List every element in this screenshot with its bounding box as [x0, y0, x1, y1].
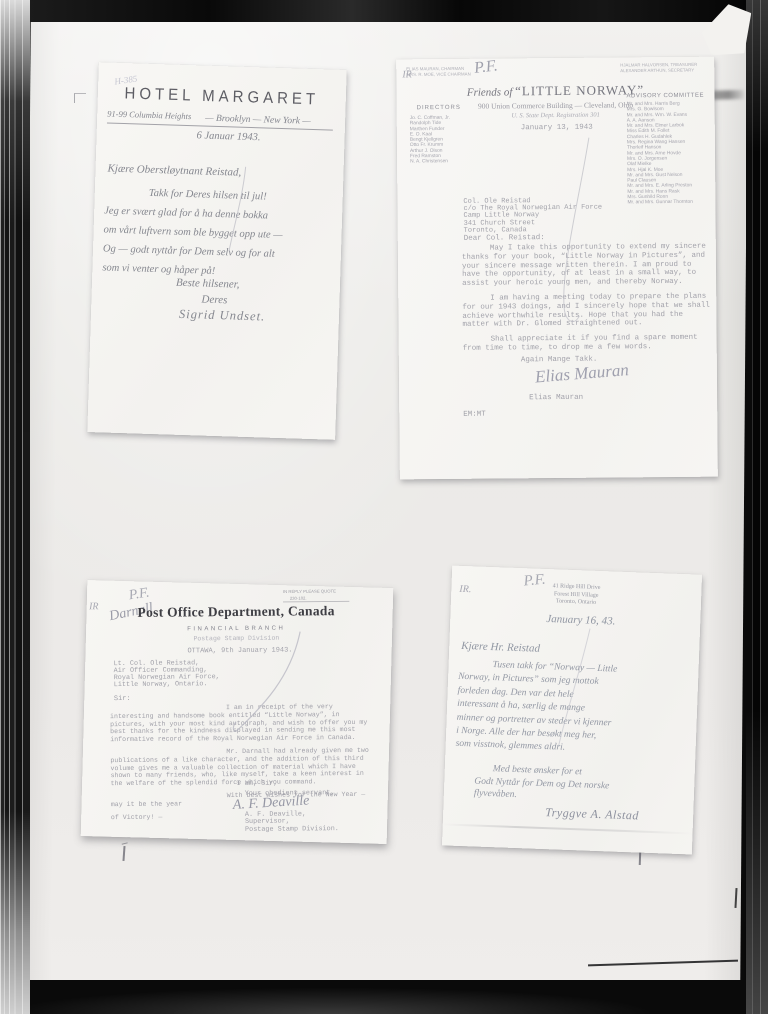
- letter-body: May I take this opportunity to extend my…: [462, 243, 715, 360]
- letter-post-office-canada: IR P.F. Darnall IN REPLY PLEASE QUOTE 23…: [81, 580, 394, 844]
- closing: Beste hilsener,: [176, 277, 240, 291]
- letterhead-title-caps: “LITTLE NORWAY”: [515, 82, 644, 98]
- directors-list: Jo. C. Coffman, Jr.Randolph TideMarthen …: [410, 115, 451, 165]
- closing-block: Med beste ønsker for etGodt Nyttår for D…: [474, 762, 687, 807]
- reply-quote-number: 230-102.: [283, 596, 349, 603]
- archive-mark-pf: P.F.: [473, 57, 498, 78]
- film-edge-top: [30, 0, 746, 22]
- letter-hotel-margaret: H-385 HOTEL MARGARET 91-99 Columbia Heig…: [87, 62, 346, 440]
- salutation: Kjære Oberstløytnant Reistad,: [107, 163, 241, 179]
- letter-friends-little-norway: IR P.F. ELIAS MAURAN, CHAIRMANMRS. R. MO…: [396, 57, 718, 480]
- text-line: ALEXANDER ARTHUN, SECRETARY: [620, 68, 697, 74]
- officers-left: ELIAS MAURAN, CHAIRMANMRS. R. MOE, VICE …: [406, 67, 470, 78]
- closing-deres: Deres: [201, 294, 227, 307]
- reply-quote-label: IN REPLY PLEASE QUOTE: [283, 589, 336, 595]
- letterhead-city: — Brooklyn — New York —: [205, 114, 311, 127]
- film-edge-left: [0, 0, 30, 1014]
- letterhead-branch: FINANCIAL BRANCH: [83, 625, 389, 634]
- closing-i-am-sir: I am, Sir,: [237, 780, 278, 788]
- recipient-address: Lt. Col. Ole Reistad,Air Officer Command…: [114, 660, 220, 689]
- letter-content: IR P.F. Darnall IN REPLY PLEASE QUOTE 23…: [83, 583, 391, 842]
- letterhead-hotel-name: HOTEL MARGARET: [98, 84, 346, 110]
- text-line: Postage Stamp Division.: [245, 826, 339, 834]
- letterhead-street: 91-99 Columbia Heights: [107, 108, 191, 121]
- directors-heading: DIRECTORS: [417, 105, 461, 111]
- letter-body: Takk for Deres hilsen til jul!Jeg er svæ…: [102, 182, 335, 284]
- officers-right: HJALMAR HALVORSEN, TREASURERALEXANDER AR…: [620, 63, 697, 74]
- signature-typed: Elias Mauran: [529, 394, 583, 402]
- signature-typed-block: A. F. Deaville,Supervisor,Postage Stamp …: [245, 811, 339, 834]
- film-edge-right: [746, 0, 768, 1014]
- letter-date: 6 Januar 1943.: [196, 130, 260, 143]
- pencil-corner-mark: [74, 93, 86, 103]
- salutation: Dear Col. Reistad:: [464, 234, 545, 243]
- paragraph-2: I am having a meeting today to prepare t…: [462, 293, 714, 330]
- letter-date: January 13, 1943: [521, 124, 593, 133]
- text-line: N. A. Christensen: [410, 159, 450, 165]
- advisory-heading: ADVISORY COMMITTEE: [626, 93, 704, 100]
- letter-alstad: IR. P.F. 41 Ridge Hill DriveForest Hill …: [442, 566, 702, 855]
- recipient-address: Col. Ole Reistadc/o The Royal Norwegian …: [463, 198, 602, 235]
- film-edge-bottom: [30, 980, 746, 1014]
- advisory-list: Mr. and Mrs. Harris BergMrs. G. BowlsomM…: [627, 101, 693, 206]
- place-and-date: OTTAWA, 9th January 1943.: [187, 647, 292, 656]
- letter-body: Tusen takk for “Norway — LittleNorway, i…: [455, 658, 690, 760]
- paragraph-1: I am in receipt of the very interesting …: [110, 703, 376, 744]
- letter-date: January 16, 43.: [546, 613, 615, 628]
- paragraph-3: Shall appreciate it if you find a spare …: [463, 334, 715, 354]
- fold-line: [443, 823, 693, 834]
- letterhead-department: Post Office Department, Canada: [83, 603, 389, 622]
- letterhead-division: Postage Stamp Division: [83, 634, 389, 644]
- reference-initials: EM:MT: [463, 411, 486, 419]
- letterhead-title-script: Friends of: [467, 86, 515, 98]
- text-line: Mr. and Mrs. Gunnar Thornton: [627, 199, 693, 205]
- letterhead-address: 41 Ridge Hill DriveForest Hill VillageTo…: [451, 580, 702, 612]
- text-line: MRS. R. MOE, VICE CHAIRMAN: [406, 72, 470, 78]
- signature-tryggve-alstad: Tryggve A. Alstad: [545, 805, 639, 823]
- signature-sigrid-undset: Sigrid Undset.: [179, 307, 266, 325]
- salutation: Kjære Hr. Reistad: [461, 640, 540, 655]
- reply-quote-block: IN REPLY PLEASE QUOTE 230-102.: [283, 589, 365, 602]
- salutation: Sir:: [114, 695, 131, 703]
- text-line: Little Norway, Ontario.: [114, 681, 220, 689]
- paragraph-1: May I take this opportunity to extend my…: [462, 243, 714, 289]
- signature-script: Elias Mauran: [534, 360, 629, 387]
- archival-photo: H-385 HOTEL MARGARET 91-99 Columbia Heig…: [0, 0, 768, 1014]
